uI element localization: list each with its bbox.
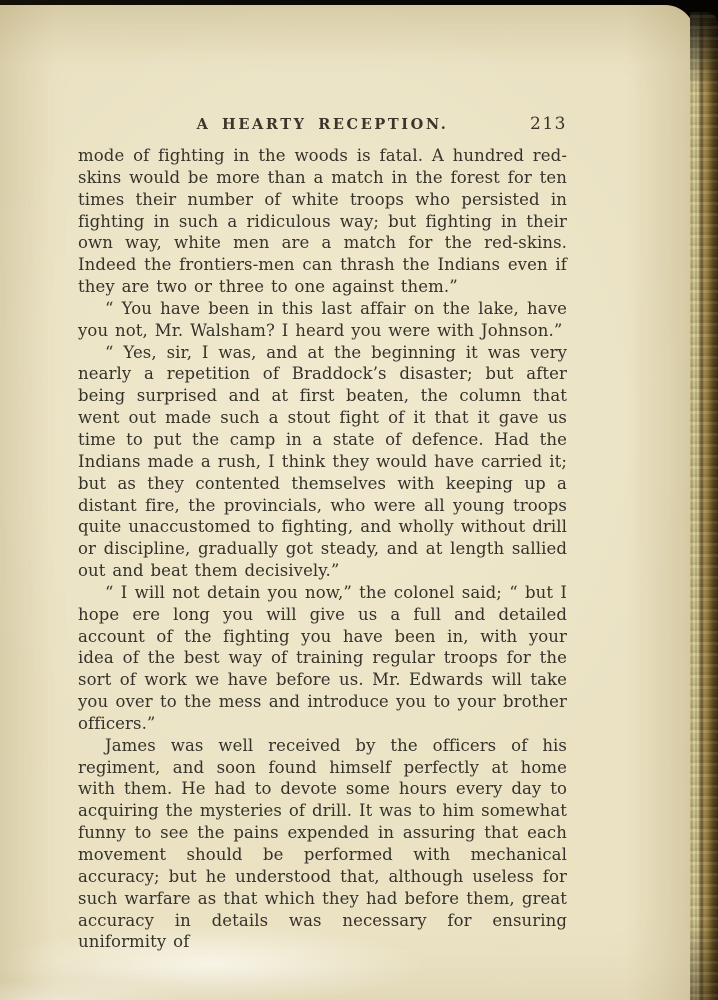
page-header: A HEARTY RECEPTION. 213 — [78, 116, 567, 138]
paragraph-narration-james: James was well received by the officers … — [78, 735, 567, 953]
scan-backdrop: A HEARTY RECEPTION. 213 mode of fighting… — [0, 0, 718, 1000]
paragraph-continuation: mode of fighting in the woods is fatal. … — [78, 145, 567, 298]
paragraph-dialogue-colonel-closing: “ I will not detain you now,” the colone… — [78, 582, 567, 735]
paragraph-dialogue-colonel-question: “ You have been in this last affair on t… — [78, 298, 567, 342]
book-fore-edge — [690, 12, 718, 1000]
paragraph-dialogue-walsham-reply: “ Yes, sir, I was, and at the beginning … — [78, 342, 567, 582]
running-title: A HEARTY RECEPTION. — [78, 116, 567, 133]
book-page: A HEARTY RECEPTION. 213 mode of fighting… — [0, 5, 695, 1000]
page-number: 213 — [530, 114, 567, 134]
page-body: mode of fighting in the woods is fatal. … — [78, 145, 567, 953]
